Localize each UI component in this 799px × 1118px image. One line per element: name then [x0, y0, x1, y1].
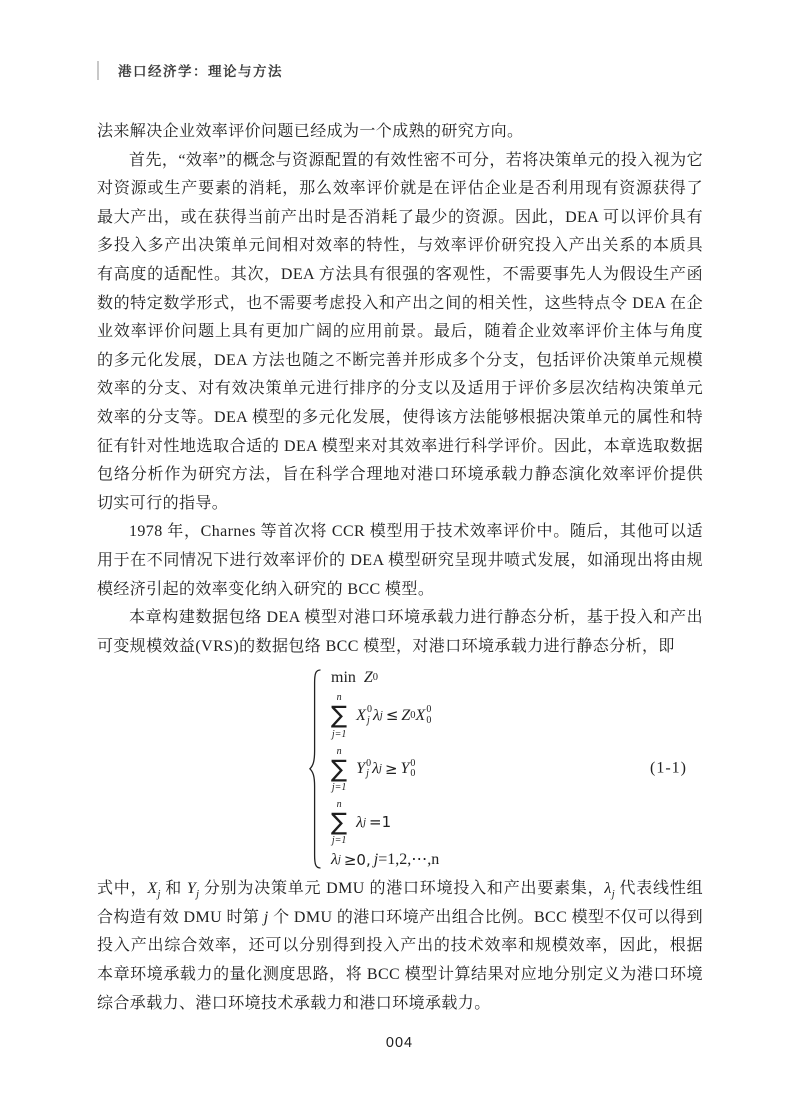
- paragraph-continued: 法来解决企业效率评价问题已经成为一个成熟的研究方向。: [97, 118, 703, 147]
- header-divider: [97, 61, 99, 80]
- min-operator: min: [331, 670, 356, 686]
- sup-sub-stack: 0j: [367, 705, 372, 726]
- sigma-icon: ∑: [331, 703, 347, 728]
- var-lambda: λ: [372, 761, 379, 777]
- equals-one: =1: [369, 815, 391, 830]
- sigma-icon: ∑: [331, 810, 347, 835]
- sup-sub-stack: 00: [426, 705, 431, 726]
- var-X: X: [416, 708, 426, 724]
- page-number: 004: [0, 1035, 799, 1051]
- var-lambda: λ: [604, 880, 611, 897]
- paragraph-1978: 1978 年，Charnes 等首次将 CCR 模型用于技术效率评价中。随后，其…: [97, 518, 703, 604]
- var-Z: Z: [364, 670, 373, 686]
- var-lambda: λ: [373, 708, 380, 724]
- summation-symbol: n ∑ j=1: [331, 799, 347, 846]
- book-page: { "header": { "book_title": "港口经济学：理论与方法…: [0, 0, 799, 1118]
- var-lambda: λ: [331, 852, 338, 868]
- var-X: X: [147, 880, 157, 897]
- equation-lines: min Z0 n ∑ j=1 X0jλj ≤ Z0X00 n: [322, 669, 439, 869]
- main-text-column: 法来解决企业效率评价问题已经成为一个成熟的研究方向。 首先，“效率”的概念与资源…: [97, 118, 703, 1018]
- book-title: 港口经济学：理论与方法: [118, 60, 283, 80]
- left-curly-brace-icon: [309, 669, 322, 869]
- constraint-output: n ∑ j=1 Y0jλj ≥ Y00: [331, 746, 439, 793]
- formula-block: min Z0 n ∑ j=1 X0jλj ≤ Z0X00 n: [97, 669, 703, 869]
- explain-text: 分别为决策单元 DMU 的港口环境投入和产出要素集，: [199, 880, 604, 897]
- formula-system: min Z0 n ∑ j=1 X0jλj ≤ Z0X00 n: [309, 669, 703, 869]
- constraint-input: n ∑ j=1 X0jλj ≤ Z0X00: [331, 692, 439, 739]
- greater-equal-sign: ≥: [385, 762, 398, 777]
- greater-equal-zero: ≥0,: [344, 853, 371, 868]
- sum-lower-limit: j=1: [332, 729, 347, 740]
- sup-sub-stack: 00: [410, 759, 415, 780]
- paragraph-chapter: 本章构建数据包络 DEA 模型对港口环境承载力进行静态分析，基于投入和产出可变规…: [97, 604, 703, 661]
- sum-lower-limit: j=1: [332, 835, 347, 846]
- constraint-convexity: n ∑ j=1 λj =1: [331, 799, 439, 846]
- sum-lower-limit: j=1: [332, 782, 347, 793]
- var-Y: Y: [401, 761, 410, 777]
- var-Z: Z: [401, 708, 410, 724]
- summation-symbol: n ∑ j=1: [331, 746, 347, 793]
- less-equal-sign: ≤: [386, 708, 399, 723]
- var-X: X: [356, 708, 366, 724]
- sup-sub-stack: 0j: [366, 759, 371, 780]
- running-header: 港口经济学：理论与方法: [97, 60, 283, 80]
- explain-text: 式中，: [97, 880, 147, 897]
- constraint-nonnegativity: λj ≥0, j=1,2,⋯,n: [331, 852, 439, 868]
- sigma-icon: ∑: [331, 757, 347, 782]
- paragraph-first: 首先，“效率”的概念与资源配置的有效性密不可分，若将决策单元的投入视为它对资源或…: [97, 147, 703, 519]
- index-range: =1,2,⋯,n: [378, 852, 439, 868]
- var-Y: Y: [187, 880, 196, 897]
- summation-symbol: n ∑ j=1: [331, 692, 347, 739]
- objective-line: min Z0: [331, 670, 439, 686]
- equation-number: (1-1): [650, 755, 687, 784]
- explain-text: 和: [160, 880, 186, 897]
- var-Y: Y: [356, 761, 365, 777]
- paragraph-explanation: 式中，Xj 和 Yj 分别为决策单元 DMU 的港口环境投入和产出要素集，λj …: [97, 875, 703, 1018]
